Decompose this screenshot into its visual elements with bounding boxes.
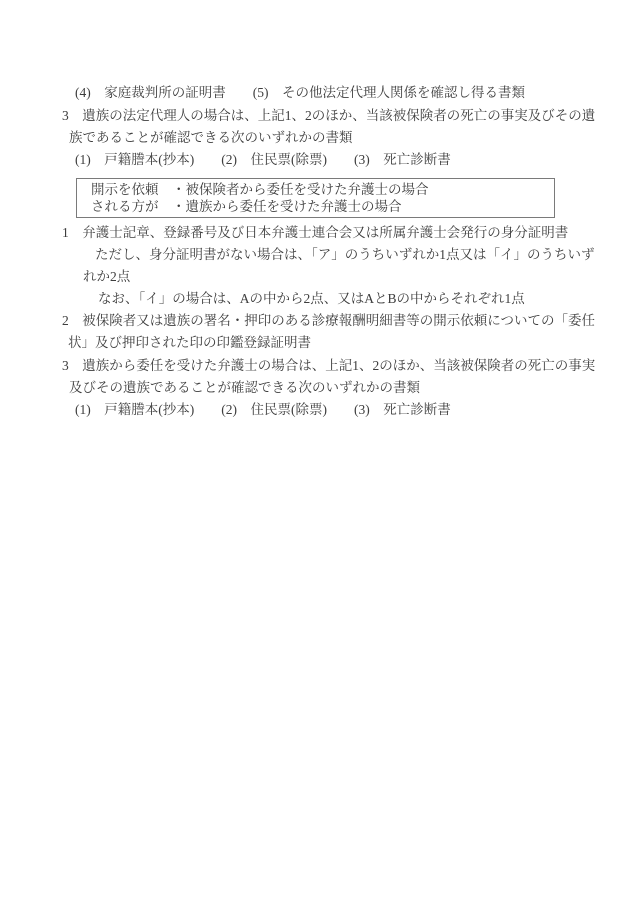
lawyer-item2-power-of-attorney-line1: 2 被保険者又は遺族の署名・押印のある診療報酬明細書等の開示依頼についての「委任 bbox=[62, 311, 595, 331]
death-proof-docs-line-bottom: (1) 戸籍謄本(抄本) (2) 住民票(除票) (3) 死亡診断書 bbox=[75, 400, 451, 420]
requester-box-line2: される方が ・遺族から委任を受けた弁護士の場合 bbox=[91, 198, 554, 215]
lawyer-item1-note-tadashi-line2: れか2点 bbox=[83, 267, 130, 287]
document-page: (4) 家庭裁判所の証明書 (5) その他法定代理人関係を確認し得る書類 3 遺… bbox=[0, 0, 630, 915]
death-proof-docs-line-top: (1) 戸籍謄本(抄本) (2) 住民票(除票) (3) 死亡診断書 bbox=[75, 150, 451, 170]
lawyer-item3-bereaved-delegation-line1: 3 遺族から委任を受けた弁護士の場合は、上記1、2のほか、当該被保険者の死亡の事… bbox=[62, 356, 595, 376]
disclosure-requester-box: 開示を依頼 ・被保険者から委任を受けた弁護士の場合 される方が ・遺族から委任を… bbox=[76, 178, 555, 218]
legal-rep-docs-items-4-5: (4) 家庭裁判所の証明書 (5) その他法定代理人関係を確認し得る書類 bbox=[75, 83, 525, 103]
bereaved-legal-rep-item3-line2: 族であることが確認できる次のいずれかの書類 bbox=[69, 128, 353, 148]
lawyer-item1-badge-id: 1 弁護士記章、登録番号及び日本弁護士連合会又は所属弁護士会発行の身分証明書 bbox=[62, 223, 568, 243]
lawyer-item2-power-of-attorney-line2: 状」及び押印された印の印鑑登録証明書 bbox=[68, 333, 311, 353]
lawyer-item1-note-tadashi-line1: ただし、身分証明書がない場合は、「ア」のうちいずれか1点又は「イ」のうちいず bbox=[95, 245, 595, 265]
requester-box-line1: 開示を依頼 ・被保険者から委任を受けた弁護士の場合 bbox=[91, 181, 554, 198]
lawyer-item1-note-nao: なお、「イ」の場合は、Aの中から2点、又はAとBの中からそれぞれ1点 bbox=[98, 289, 525, 309]
lawyer-item3-bereaved-delegation-line2: 及びその遺族であることが確認できる次のいずれかの書類 bbox=[69, 378, 420, 398]
bereaved-legal-rep-item3-line1: 3 遺族の法定代理人の場合は、上記1、2のほか、当該被保険者の死亡の事実及びその… bbox=[62, 106, 595, 126]
